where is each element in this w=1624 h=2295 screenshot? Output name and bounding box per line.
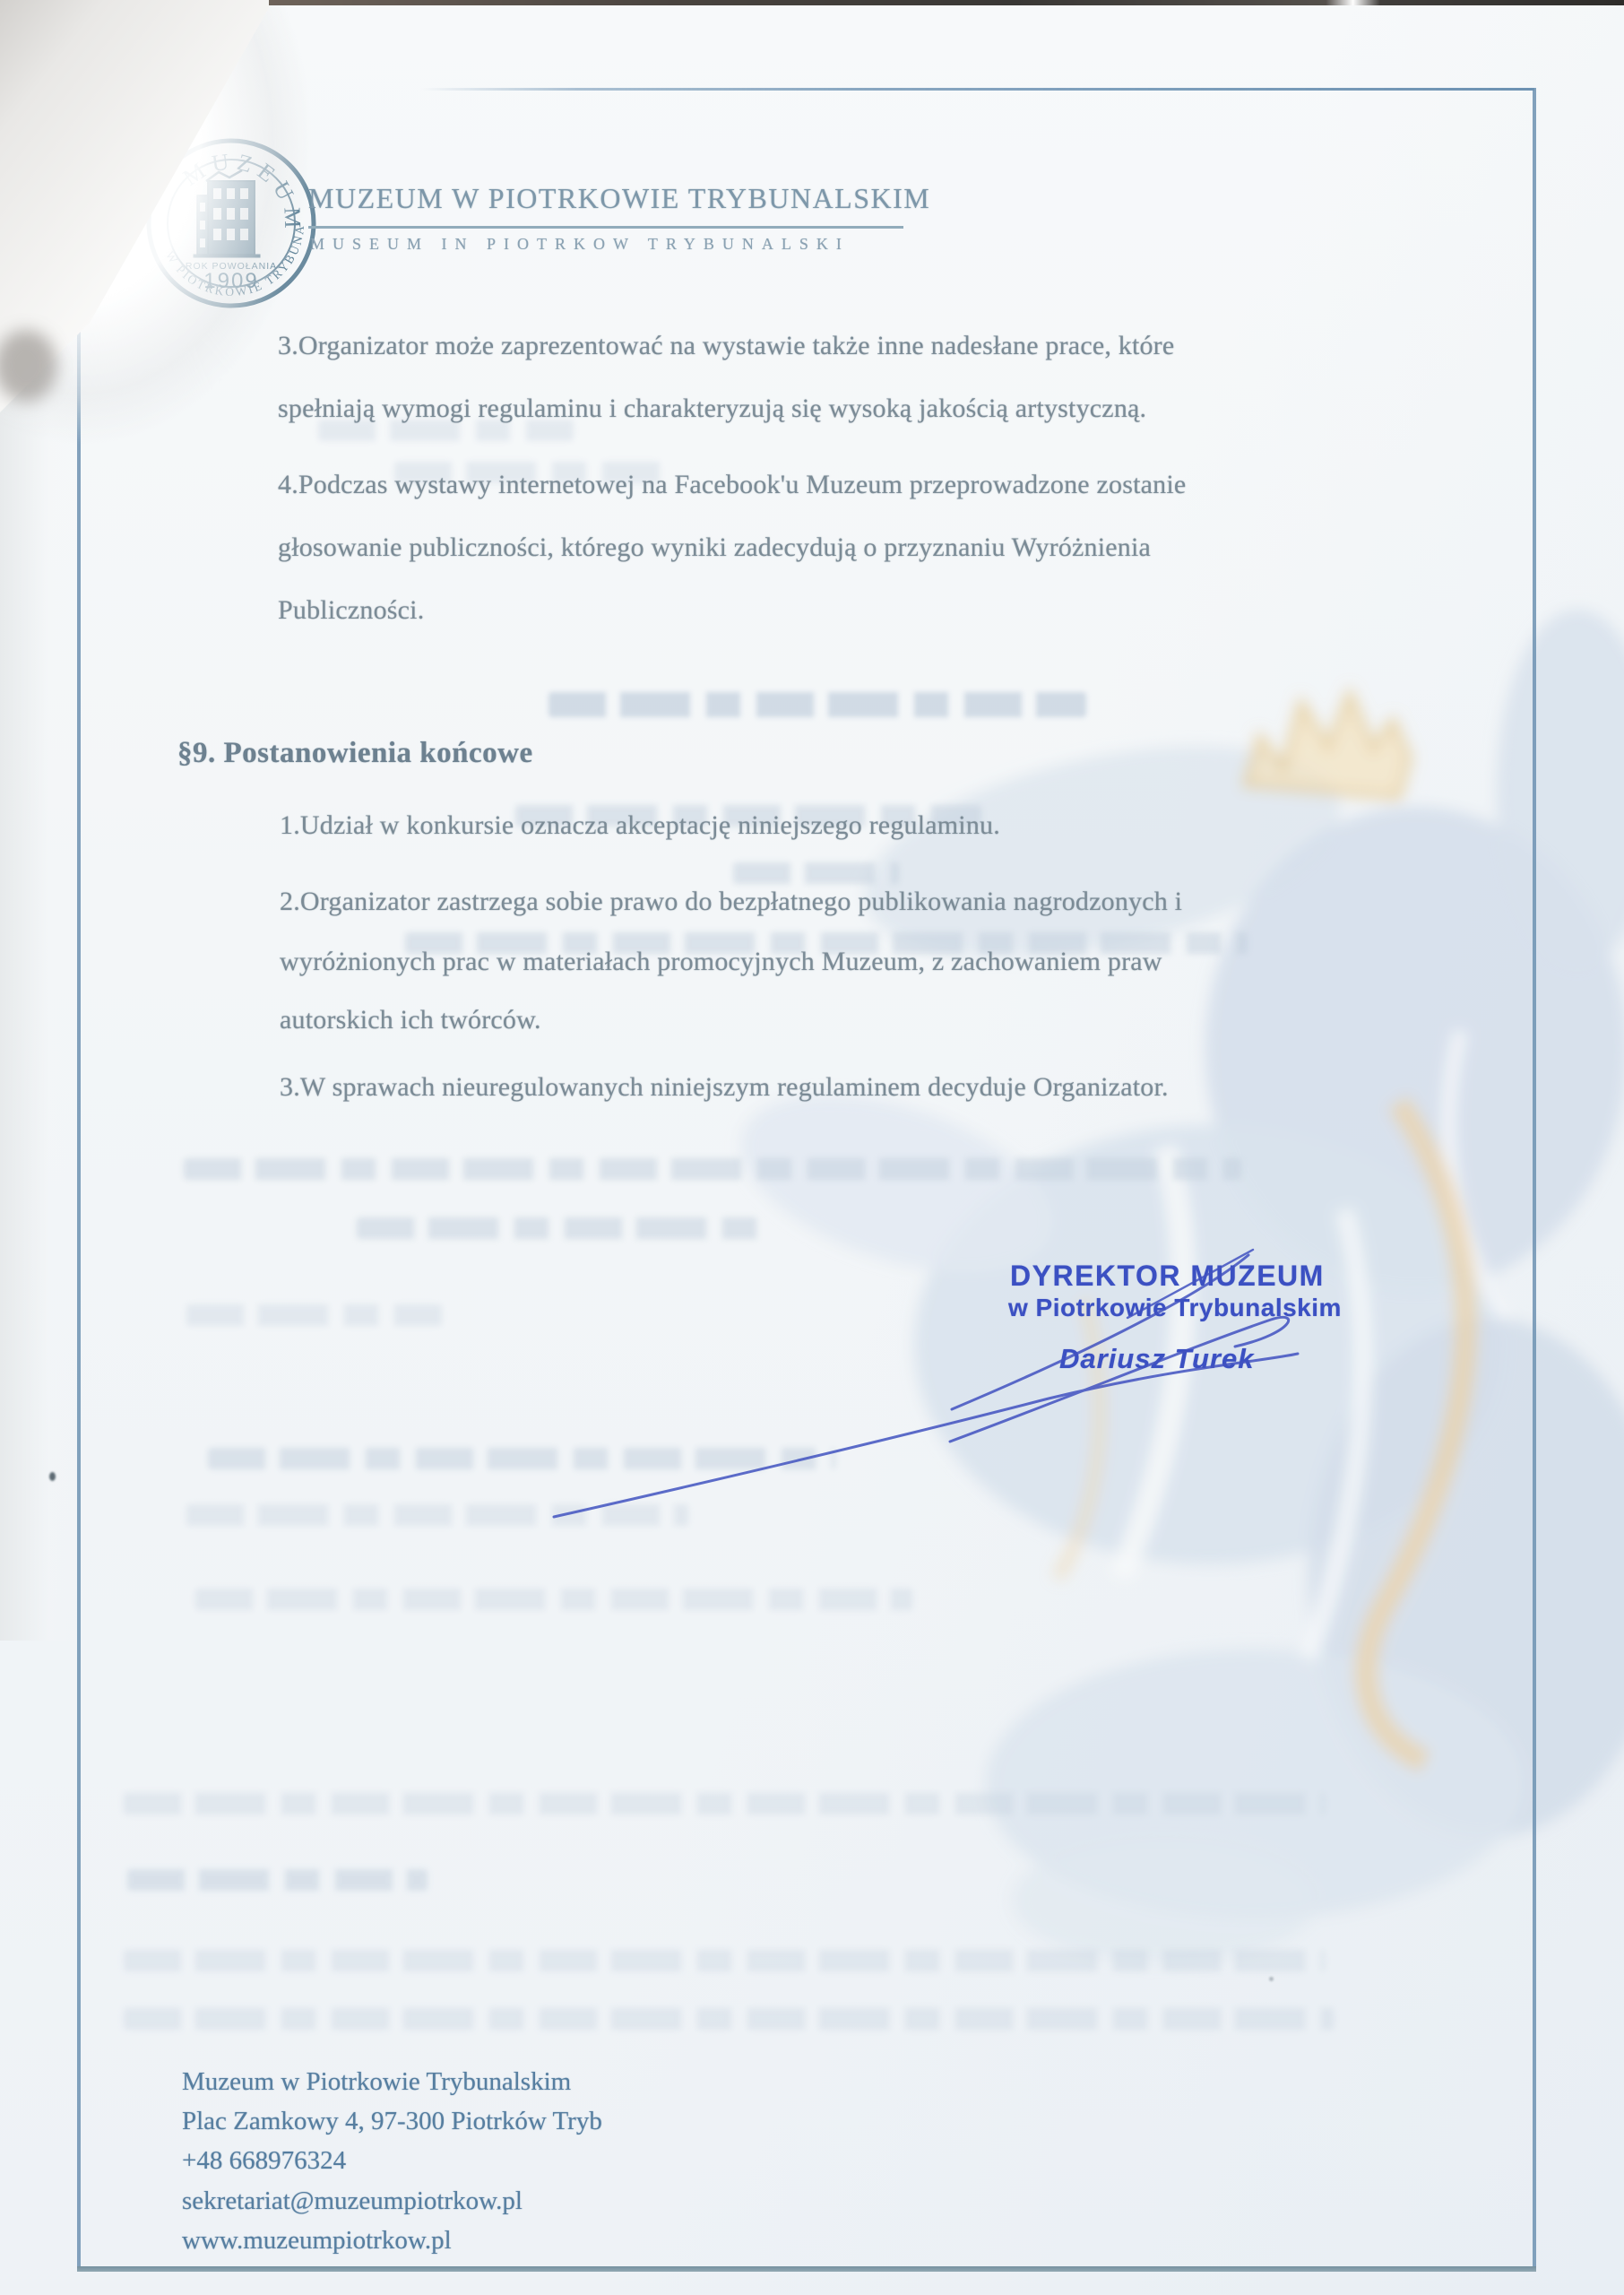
dust-speck — [49, 1472, 56, 1481]
scanner-edge — [269, 0, 1624, 5]
frame-line-top — [421, 88, 1534, 91]
scanned-letter-page: MUZEUM W PIOTRKOWIE TRYBUNALSKIM ROK POW… — [0, 0, 1624, 2295]
dust-speck — [1269, 1977, 1274, 1981]
frame-line-bottom — [77, 2266, 1536, 2272]
frame-line-right — [1533, 88, 1536, 2272]
